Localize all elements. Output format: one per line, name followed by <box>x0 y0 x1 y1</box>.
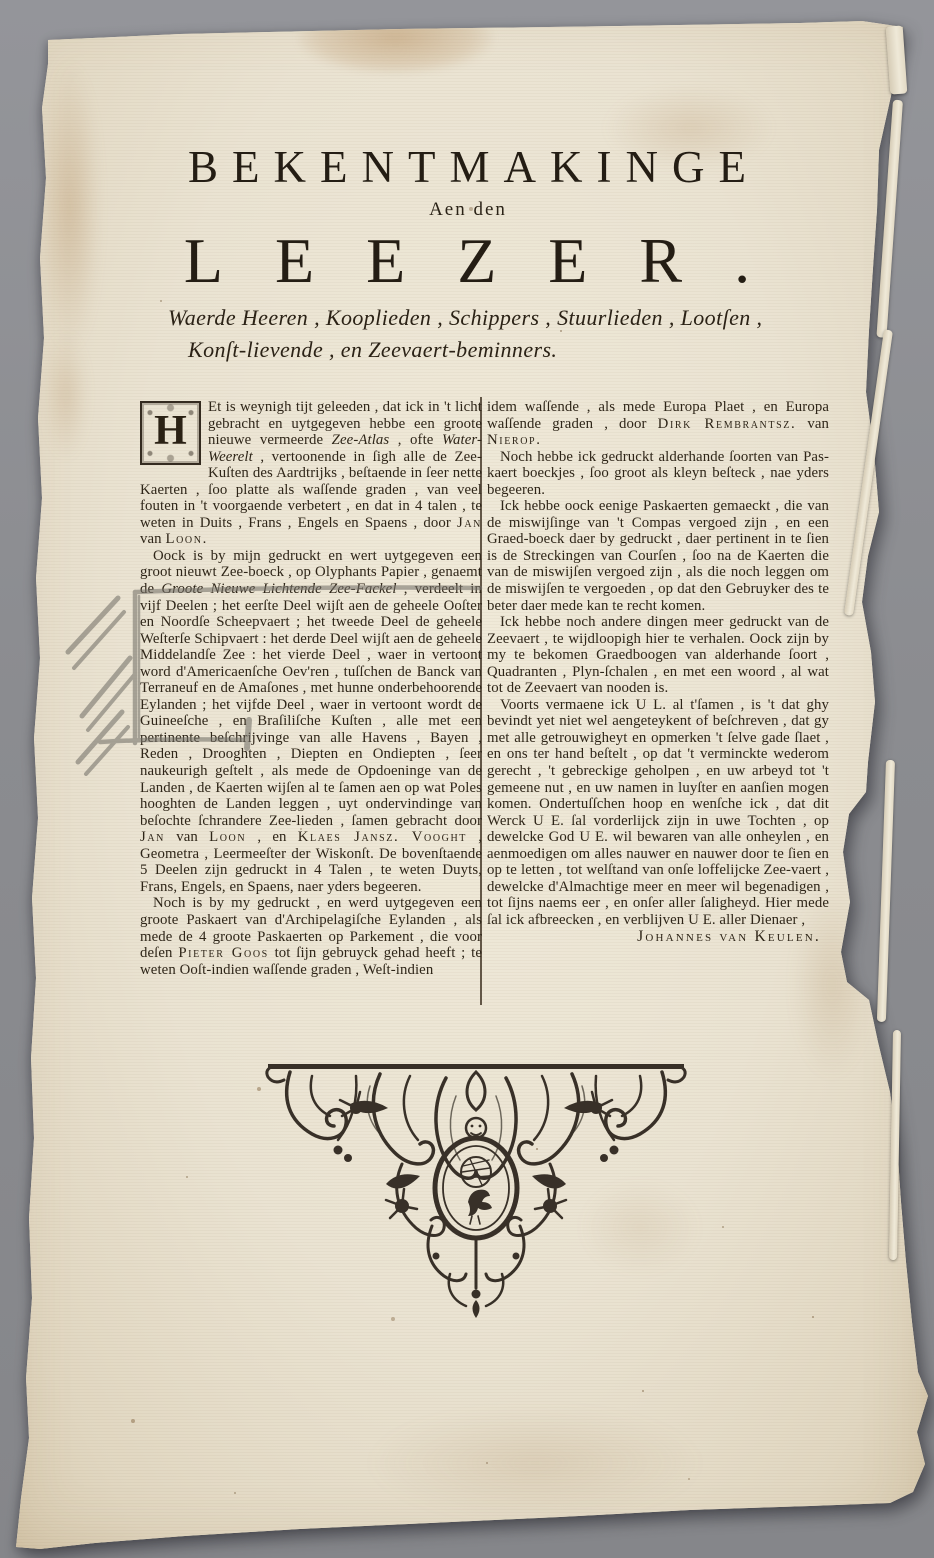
paragraph: Ick hebbe noch andere dingen meer gedruc… <box>487 614 829 697</box>
stain <box>370 1408 700 1518</box>
text-segment: van <box>165 829 209 845</box>
paper-sheet-wrap: BEKENTMAKINGE Aen den LEEZER. Waerde Hee… <box>0 0 934 1558</box>
text-segment: . <box>203 531 207 547</box>
paragraph: HEt is weynigh tijt geleeden , dat ick i… <box>140 399 482 548</box>
salutation-line-2: Konſt-lievende , en Zeevaert-beminners. <box>168 334 828 366</box>
dedication-line: Aen den <box>0 199 934 221</box>
pencil-annotations <box>50 570 500 790</box>
text-segment: Nierop <box>487 432 536 448</box>
text-segment: Voorts vermaene ick U L. al t'ſamen , is… <box>487 697 829 928</box>
text-segment: , en <box>246 829 298 845</box>
text-segment: Zee-Atlas <box>332 432 390 448</box>
text-segment: Ick hebbe noch andere dingen meer gedruc… <box>487 614 829 696</box>
text-segment: Jan <box>457 515 482 531</box>
text-segment: . <box>536 432 540 448</box>
paper-sheet: BEKENTMAKINGE Aen den LEEZER. Waerde Hee… <box>0 0 934 1558</box>
screenshot-root: { "colors": { "background": "#8c8d91", "… <box>0 0 934 1558</box>
paragraph: Voorts vermaene ick U L. al t'ſamen , is… <box>487 697 829 929</box>
paragraph: Noch hebbe ick gedruckt alderhande ſoort… <box>487 449 829 499</box>
signature: Johannes van Keulen. <box>487 929 829 946</box>
stain <box>298 2 493 74</box>
salutation-line-1: Waerde Heeren , Kooplieden , Schippers ,… <box>168 305 762 330</box>
text-segment: Klaes Jansz. Vooght <box>298 829 467 845</box>
foxing-specks <box>0 0 2 2</box>
stain <box>44 330 88 460</box>
text-segment: Jan <box>140 829 165 845</box>
tailpiece-ornament <box>260 1056 692 1324</box>
paragraph: idem waſſende , als mede Europa Plaet , … <box>487 399 829 449</box>
text-column-right: idem waſſende , als mede Europa Plaet , … <box>487 399 829 945</box>
text-segment: van <box>796 416 829 432</box>
paragraph: Ick hebbe oock eenige Paskaerten gemaeck… <box>487 498 829 614</box>
text-segment: , ofte <box>389 432 442 448</box>
text-segment: Loon <box>165 531 202 547</box>
paragraph: Noch is by my gedruckt , en werd uytgege… <box>140 895 482 978</box>
page-title-leezer: LEEZER. <box>0 224 934 298</box>
text-segment: Dirk Rembrantsz. <box>658 416 797 432</box>
drop-cap-initial: H <box>140 401 201 465</box>
text-segment: Loon <box>209 829 246 845</box>
text-segment: van <box>140 531 165 547</box>
salutation: Waerde Heeren , Kooplieden , Schippers ,… <box>168 302 828 366</box>
text-segment: Noch hebbe ick gedruckt alderhande ſoort… <box>487 449 829 498</box>
text-segment: Pieter Goos <box>178 945 269 961</box>
page-title: BEKENTMAKINGE <box>0 141 934 193</box>
text-segment: Ick hebbe oock eenige Paskaerten gemaeck… <box>487 498 829 613</box>
